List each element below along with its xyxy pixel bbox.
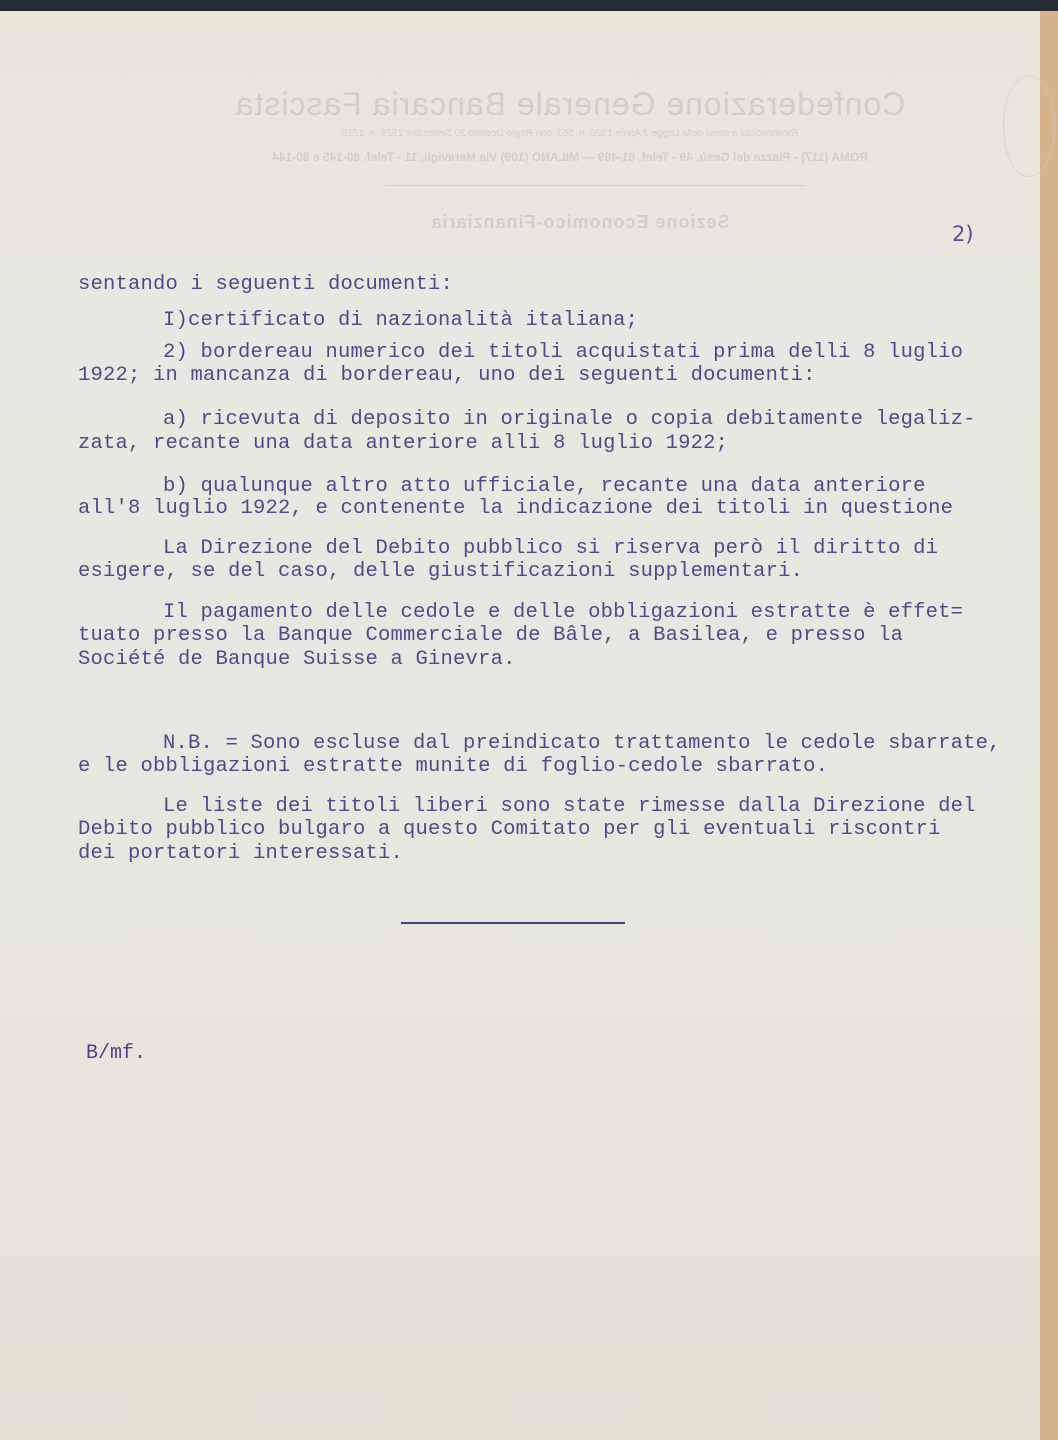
body-text-line: b) qualunque altro atto ufficiale, recan… xyxy=(163,475,926,498)
bleed-through-letterhead-title: Confederazione Generale Bancaria Fascist… xyxy=(170,86,970,123)
bleed-through-letterhead-address: ROMA (117) - Piazza del Gesù, 49 - Telef… xyxy=(180,150,960,164)
body-text-line: N.B. = Sono escluse dal preindicato trat… xyxy=(163,732,1001,755)
body-text-line: I)certificato di nazionalità italiana; xyxy=(163,309,638,332)
body-text-line: Le liste dei titoli liberi sono state ri… xyxy=(163,795,976,818)
closing-divider-line xyxy=(401,922,625,924)
body-text-line: Société de Banque Suisse a Ginevra. xyxy=(78,648,516,671)
body-text-line: La Direzione del Debito pubblico si rise… xyxy=(163,537,938,560)
body-text-line: sentando i seguenti documenti: xyxy=(78,273,453,296)
body-text-line: tuato presso la Banque Commerciale de Bâ… xyxy=(78,624,903,647)
body-text-line: 2) bordereau numerico dei titoli acquist… xyxy=(163,341,963,364)
body-text-line: zata, recante una data anteriore alli 8 … xyxy=(78,432,728,455)
paper-edge-strip xyxy=(1040,11,1058,1440)
bleed-through-seal-icon xyxy=(1003,75,1055,177)
body-text-line: all'8 luglio 1922, e contenente la indic… xyxy=(78,497,953,520)
body-text-line: Debito pubblico bulgaro a questo Comitat… xyxy=(78,818,941,841)
bleed-through-letterhead-subtitle: Riconosciuta a sensi della Legge 3 April… xyxy=(250,128,890,139)
body-text-line: Il pagamento delle cedole e delle obblig… xyxy=(163,601,963,624)
bleed-through-rule xyxy=(385,185,805,186)
body-text-line: dei portatori interessati. xyxy=(78,842,403,865)
body-text-line: 1922; in mancanza di bordereau, uno dei … xyxy=(78,364,816,387)
body-text-line: a) ricevuta di deposito in originale o c… xyxy=(163,408,976,431)
body-text-line: e le obbligazioni estratte munite di fog… xyxy=(78,755,828,778)
page-number: 2) xyxy=(952,222,974,246)
reference-initials: B/mf. xyxy=(86,1042,146,1065)
bleed-through-section-title: Sezione Economico-Finanziaria xyxy=(380,212,780,233)
body-text-line: esigere, se del caso, delle giustificazi… xyxy=(78,560,803,583)
